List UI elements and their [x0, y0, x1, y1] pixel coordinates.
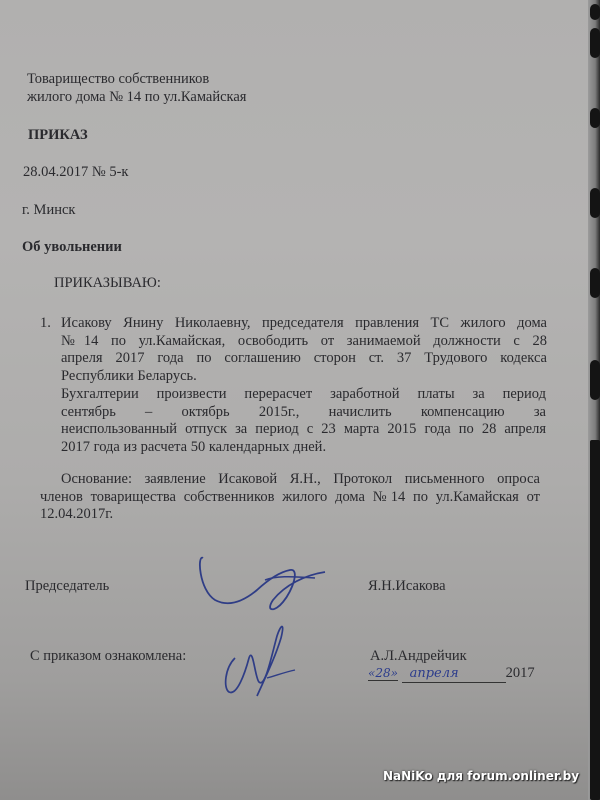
chair-label: Председатель [25, 578, 109, 595]
accounting-line: сентябрь – октябрь 2015г., начислить ком… [61, 404, 546, 422]
binder-hole [590, 360, 600, 400]
acknowledged-name: А.Л.Андрейчик [370, 648, 467, 665]
item1-line: №14 по ул.Камайская, освободить от заним… [61, 333, 547, 351]
acknowledged-label: С приказом ознакомлена: [30, 648, 186, 665]
accounting-line: 2017 года из расчета 50 календарных дней… [61, 439, 546, 457]
watermark: NaNiKo для forum.onliner.by [383, 769, 579, 783]
acknowledged-signature-icon [215, 618, 305, 703]
document-type: ПРИКАЗ [28, 127, 88, 144]
binder-edge [588, 0, 600, 800]
date-number: 28.04.2017 № 5-к [23, 164, 128, 181]
ack-year: 2017 [506, 665, 535, 681]
org-name-line2: жилого дома № 14 по ул.Камайская [27, 89, 246, 106]
document-paper: Товарищество собственников жилого дома №… [0, 0, 588, 800]
accounting-line: неиспользованный отпуск за период с 23 м… [61, 421, 546, 439]
item1-line: апреля 2017 года по соглашению сторон ст… [61, 350, 547, 368]
chair-name: Я.Н.Исакова [368, 578, 446, 595]
subject: Об увольнении [22, 239, 122, 256]
order-word: ПРИКАЗЫВАЮ: [54, 275, 161, 292]
basis-line: Основание: заявление Исаковой Я.Н., Прот… [40, 471, 540, 489]
item1-line: Республики Беларусь. [61, 368, 547, 386]
ack-month: апреля [402, 665, 506, 683]
basis-line: 12.04.2017г. [40, 506, 540, 524]
binder-hole [590, 4, 600, 20]
item1-line: Исакову Янину Николаевну, председателя п… [61, 315, 547, 333]
binder-hole [590, 188, 600, 218]
city: г. Минск [22, 202, 75, 219]
binder-hole [590, 108, 600, 128]
item-number: 1. [40, 315, 51, 332]
basis-text: Основание: заявление Исаковой Я.Н., Прот… [40, 471, 540, 524]
binder-strip [590, 440, 600, 800]
ack-day: «28» [368, 666, 398, 681]
accounting-line: Бухгалтерии произвести перерасчет зарабо… [61, 386, 546, 404]
item1-text: Исакову Янину Николаевну, председателя п… [61, 315, 547, 385]
basis-line: членов товарищества собственников жилого… [40, 489, 540, 507]
org-name-line1: Товарищество собственников [27, 71, 209, 88]
chair-signature-icon [195, 550, 345, 620]
acknowledged-date: «28» апреля2017 [368, 665, 535, 683]
accounting-text: Бухгалтерии произвести перерасчет зарабо… [61, 386, 546, 456]
binder-hole [590, 268, 600, 298]
binder-hole [590, 28, 600, 58]
